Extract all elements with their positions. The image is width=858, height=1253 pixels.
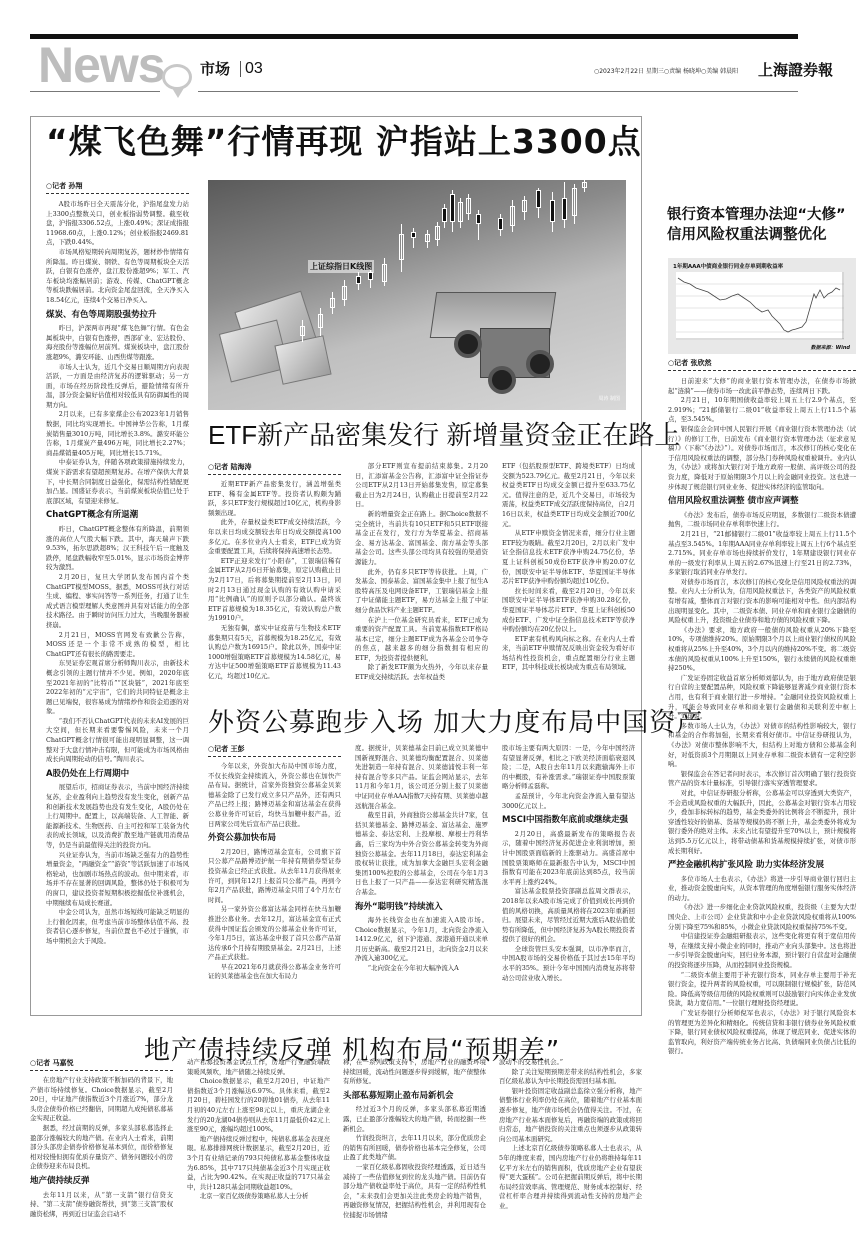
etf-column-2: 部分ETF则宣布提前结束募集。2月20日，汇添富基金公告称，汇添富中证全指证券公… — [355, 462, 488, 708]
paragraph: 股市场主要有两大原因：一是，今年中国经济有望显著反弹，相比之下欧美经济面临衰退风… — [502, 744, 635, 792]
section-separator — [240, 61, 241, 77]
etf-column-body: 近期ETF新产品密集发行，涵盖增强类ETF、稀有金属ETF等。投资者认购颇为踊跃… — [208, 480, 341, 710]
paragraph: 无独有偶，嘉实中证疫苗与生物技术ETF募集期只有5天，首募规模为18.25亿元，… — [208, 624, 341, 682]
paragraph: 除了新发ETF颇为火热外，今年以来存量ETF成交持续活跃。去年权益类 — [355, 663, 488, 682]
paragraph: 市场风格短期转向周期复苏，题材炒作情绪有所降温。昨日煤炭、钢铁、有色等周期板块全… — [46, 248, 189, 306]
section-label: 市场 — [200, 59, 230, 79]
paragraph: 海外长线资金也在加速流入A股市场。Choice数据显示，今年1月，北向资金净流入… — [355, 916, 488, 964]
paragraph: 昨日，ChatGPT概念整体有所降温，前期领涨的高位人气股大幅下跌。其中，海天瑞… — [46, 525, 189, 573]
chart-plot-area — [676, 272, 844, 340]
paragraph: 此外，仍有多只ETF等待获批。上周，广发基金、国泰基金、富国基金集中上报了恒生A… — [355, 568, 488, 616]
chart-title: 1年期AAA中债商业银行同业存单到期收益率 — [673, 262, 783, 270]
bank-story-column: ○记者 张欣然 日前迎来“大修”的商业银行资本管理办法，在债券市场掀起“涟漪”—… — [668, 358, 856, 1253]
etf-column-3: ETF（包括股票型ETF、跨境类ETF）日均成交额为523.79亿元。截至2月2… — [502, 462, 635, 708]
bank-headline[interactable]: 银行资本管理办法迎“大修” 信用风险权重法调整优化 — [667, 205, 846, 245]
paragraph: 竹润投资坦言，去年11月以来，部分优质房企的销售有所回暖，债券价格也基本完全修复… — [343, 1134, 486, 1163]
bank-story-body: 日前迎来“大修”的商业银行资本管理办法，在债券市场掀起“涟漪”——债券市场一改此… — [668, 377, 856, 1253]
header-bottom-rule-left — [30, 91, 160, 92]
etf-headline[interactable]: ETF新产品密集发行 新增量资金正在路上 — [208, 418, 680, 452]
paragraph: 度。据统计，贝莱德基金目前已成立贝莱德中国新视野混合、贝莱德均衡配置混合、贝莱德… — [355, 744, 488, 811]
header-bottom-rule-right — [198, 91, 798, 92]
paragraph: 《办法》发布后，债券市场反应明显，多数银行二级资本债遭抛售，二级市场同业存单利率… — [668, 511, 856, 530]
paragraph: 中泰证券认为，伴随各项政策措施持续发力，煤炭下游需求有望超预期复苏。在增产保供大… — [46, 458, 189, 506]
etf-byline: ○记者 陆海涛 — [208, 462, 341, 475]
column-divider — [641, 116, 642, 1016]
realestate-byline: ○记者 马嘉悦 — [30, 1058, 173, 1071]
paragraph: 动产私募投资基金试点工作，房地产行业融资端政策暖风频吹，地产债随之持续反弹。 — [187, 1058, 330, 1077]
paragraph: ETF素有机构风向标之称。在业内人士看来，当前ETF申赎情况反映出资金较为看好市… — [502, 635, 635, 673]
paragraph: Choice数据显示，截至2月20日，中证地产债指数近3个月涨幅达6.97%。具… — [187, 1077, 330, 1135]
paragraph: 孟磊预计，今年北向资金净流入量有望达3000亿元以上。 — [502, 792, 635, 811]
paragraph: 2月20日，高盛最新发布的策略报告表示，随着中国经济复苏促进企业利润增加，预计中… — [502, 830, 635, 888]
paragraph: 2月21日，MOSS官网发布致歉公告称，MOSS还是一个非常不成熟的模型，相比C… — [46, 631, 189, 660]
etf-column-1: ○记者 陆海涛 近期ETF新产品密集发行，涵盖增强类ETF、稀有金属ETF等。投… — [208, 462, 341, 710]
candlestick-overlay — [208, 180, 626, 410]
paragraph: 称，在一系列政策支持下，房地产行业的融资环境持续回暖，流动性问题逐步得到缓解，地… — [343, 1058, 486, 1087]
paragraph: 《办法》进一步细化企业贷款风险权重，投资级（主要为大型国央企、上市公司）企业贷款… — [668, 903, 856, 932]
paragraph: 市场人士认为，近几个交易日顺周期方向表现活跃，一方面是由经济复苏的逻辑驱动；另一… — [46, 363, 189, 411]
paragraph: 银保监会会同中国人民银行开展《商业银行资本管理办法（试行）》的修订工作，日前发布… — [668, 425, 856, 492]
dateline: ○2023年2月22日 星期三○责编 杨晓坤○美编 韩晨阳 — [594, 66, 738, 75]
bank-byline: ○记者 张欣然 — [668, 358, 856, 371]
foreign-column-body: 今年以来，外资加大布局中国市场力度，不仅长线资金持续流入，外资公募也在加快产品布… — [208, 762, 341, 1016]
paragraph: 中信建投证券金融组研报表示，这些变化将更有利于宽信用传导，在继续支持小微企业的同… — [668, 932, 856, 970]
realestate-column-body: 在房地产行业支持政策不断加码的背景下，地产债市场持续修复。Choice数据显示，… — [30, 1076, 173, 1253]
subheading: 地产债持续反弹 — [30, 1177, 173, 1187]
paragraph: 上述北京百亿级债券策略私募人士也表示，从5年的维度来看，国内房地产行业仍将维持每… — [499, 1144, 642, 1211]
paragraph: 富达基金股票投资部副总监周文群表示，2018年以来A股市场完成了价值到成长再到价… — [502, 887, 635, 945]
paragraph: 日前迎来“大修”的商业银行资本管理办法，在债券市场掀起“涟漪”——债券市场一改此… — [668, 377, 856, 396]
lead-byline: ○记者 孙翔 — [46, 181, 189, 194]
paragraph: 全球资管巨头安本强调，以市净率而言，中国A股市场的交易价格低于其过去15年平均水… — [502, 945, 635, 983]
paragraph: 中金公司认为，虽然市场短线可能缺乏明显的上行催化因素，但考虑当前市场整体估值不高… — [46, 908, 189, 946]
paragraph: 广发证券银行分析师倪军也表示，《办法》对于银行风险资本的管理更为差异化和精细化。… — [668, 1009, 856, 1057]
foreign-column-1: ○记者 王彭 今年以来，外资加大布局中国市场力度，不仅长线资金持续流入，外资公募… — [208, 744, 341, 1016]
paragraph: 2月21日，10年期国债收益率较上周五上行2.9个基点，至2.919%；“21邮… — [668, 396, 856, 425]
paragraph: 2月20日，路博迈基金宣布，公司旗下首只公募产品路博迈护航一年持有期债券型证券投… — [208, 848, 341, 906]
paragraph: 拉长时间来看，截至2月20日，今年以来国联安中证半导体ETF获净申购30.28亿… — [502, 587, 635, 635]
bank-headline-line2: 信用风险权重法调整优化 — [667, 225, 846, 245]
news-logo: News — [38, 40, 165, 90]
paragraph: 新的增量资金正在路上。据Choice数据不完全统计，当前共有10只ETF和5只E… — [355, 510, 488, 568]
realestate-column-2: 动产私募投资基金试点工作，房地产行业融资端政策暖风频吹，地产债随之持续反弹。 C… — [187, 1058, 330, 1238]
paragraph: 今年以来，外资加大布局中国市场力度，不仅长线资金持续流入，外资公募也在加快产品布… — [208, 762, 341, 829]
paragraph: 此外，存量权益类ETF成交持续活跃，今年以来日均成交额较去年日均成交额提高100… — [208, 518, 341, 556]
foreign-column-2: 度。据统计，贝莱德基金目前已成立贝莱德中国新视野混合、贝莱德均衡配置混合、贝莱德… — [355, 744, 488, 1012]
subheading: A股仍处在上行周期中 — [46, 770, 189, 780]
subheading: 外资公募加快布局 — [208, 834, 341, 844]
paragraph: 波动下的交易性机会。” — [499, 1058, 642, 1068]
paragraph: 广发证券固定收益首席分析师刘郁认为，由于地方政府债是银行自营的主要配置品种，风险… — [668, 674, 856, 722]
subheading: 严控金融机构扩张风险 助力实体经济发展 — [668, 861, 856, 871]
subheading: 煤炭、有色等周期股强势拉升 — [46, 311, 189, 321]
foreign-column-3: 股市场主要有两大原因：一是，今年中国经济有望显著反弹，相比之下欧美经济面临衰退风… — [502, 744, 635, 1012]
paragraph: 兴业证券认为，当前市场缺乏强有力的趋势性增量资金，“两融资金”“游资”等活跃加速… — [46, 851, 189, 909]
paragraph: 2月20日，复旦大学团队发布国内首个类ChatGPT模型MOSS。据悉，MOSS… — [46, 573, 189, 631]
paragraph: 多位市场人士也表示，《办法》将进一步引导商业银行回归主业，推动资金脱虚向实，从资… — [668, 875, 856, 904]
paragraph: “我们不否认ChatGPT代表的未来AI发展的巨大空间，但长期来看要警惕风险，未… — [46, 717, 189, 765]
lead-photo-illustration: 上证综指日K线图 周涛 制图 — [208, 180, 626, 410]
paragraph: 一家百亿级私募固收投资经理透露，近日适当减持了一些估值修复到位的龙头地产债。目前… — [343, 1163, 486, 1221]
photo-credit: 周涛 制图 — [598, 395, 620, 402]
paragraph: 另一家外资公募富达基金同样在快马加鞭推进公募业务。去年12月，富达基金宣布正式获… — [208, 905, 341, 963]
lead-headline[interactable]: “煤飞色舞”行情再现 沪指站上3300点 — [46, 120, 642, 164]
paragraph: 截至目前，外商独资公募基金共计7家，包括贝莱德基金、路博迈基金、富达基金、施罗德… — [355, 811, 488, 897]
paragraph: 展望后市，招商证券表示，当前中国经济持续复苏，企业盈利向上趋势没有发生变化，创新… — [46, 783, 189, 850]
paragraph: 早在2021年6月就获得公募基金业务许可证的贝莱德基金也在加大布局力 — [208, 963, 341, 982]
paragraph: 地产债持续反弹过程中，纯债私募基金表现亮眼。私募排排网统计数据显示，截至2月20… — [187, 1135, 330, 1193]
paragraph: 北京一家百亿级债券策略私募人士分析 — [187, 1192, 330, 1202]
paragraph: 2月以来，已有多家煤企公布2023年1月销售数据，同比均实现增长。中国神华公告称… — [46, 410, 189, 458]
subheading: MSCI中国指数年底前或继续走强 — [502, 816, 635, 826]
paragraph: 银保监会在答记者问时表示，本次修订首次明确了银行投资资管产品的资本计量标准，引导… — [668, 770, 856, 789]
bank-headline-line1: 银行资本管理办法迎“大修” — [667, 205, 846, 225]
lead-story-column: ○记者 孙翔 A股市场昨日全天震荡分化，沪指尾盘发力站上3300点整数关口，创业… — [46, 181, 189, 1028]
chart-source: 数据来源：Wind — [811, 344, 850, 351]
paragraph: ETF正迎来发行“小阳春”，工银瑞信稀有金属ETF从2月6日开始募集，原定认购截… — [208, 557, 341, 624]
paragraph: 对此，中信证券研报分析称，公募基金可以穿透到大类资产，不会造成风险权重的大幅跃升… — [668, 789, 856, 856]
realestate-column-1: ○记者 马嘉悦 在房地产行业支持政策不断加码的背景下，地产债市场持续修复。Cho… — [30, 1058, 173, 1253]
subheading: 信用风险权重法调整 债市应声调整 — [668, 497, 856, 507]
page-number: 03 — [245, 59, 263, 79]
subheading: 海外“聪明钱”持续流入 — [355, 903, 488, 913]
realestate-column-4: 波动下的交易性机会。” 除了关注短期预期差带来的结构性机会，多家百亿级私募认为中… — [499, 1058, 642, 1238]
photo-caption: 上证综指日K线图 — [308, 260, 374, 273]
paragraph: “二级资本债主要用于补充银行资本，同业存单主要用于补充银行资金，提升两者的风险权… — [668, 971, 856, 1009]
paragraph: 昨日，沪深两市再现“煤飞色舞”行情。有色金属板块中，白银有色涨停，西部矿业、宏达… — [46, 324, 189, 362]
paragraph: 多数市场人士认为，《办法》对债市的结构性影响较大，银行和基金的合作将加强，长期来… — [668, 722, 856, 770]
lead-story-body: A股市场昨日全天震荡分化，沪指尾盘发力站上3300点整数关口，创业板指弱势调整。… — [46, 200, 189, 1028]
foreign-headline[interactable]: 外资公募跑步入场 加大力度布局中国资产 — [208, 706, 703, 740]
paragraph: 银叶投资固定收益副总监徐立强分析称，地产债整体行业利率仍处在高位，随着地产行业基… — [499, 1087, 642, 1145]
paragraph: 2月21日，“21邮储银行二级01”收益率较上周五上行11.5个基点至3.545… — [668, 530, 856, 578]
paragraph: ETF（包括股票型ETF、跨境类ETF）日均成交额为523.79亿元。截至2月2… — [502, 462, 635, 529]
paragraph: 经过近3个月的反弹，多家头部私募近期透露，已止盈部分涨幅较大的地产债，转而挖掘一… — [343, 1105, 486, 1134]
speech-bubble-tail-icon — [172, 88, 184, 98]
paragraph: 据悉，经过前期的反弹，多家头部私募选择止盈部分涨幅较大的地产债。在业内人士看来，… — [30, 1124, 173, 1172]
subheading: ChatGPT概念有所退潮 — [46, 511, 189, 521]
paragraph: 近期ETF新产品密集发行，涵盖增强类ETF、稀有金属ETF等。投资者认购颇为踊跃… — [208, 480, 341, 518]
paragraph: 从ETF申赎资金情况来看，细分行业主题ETF较为吸睛。截至2月20日，2月以来广… — [502, 529, 635, 587]
paragraph: 对债券市场而言，本次修订的核心变化是信用风险权重法的调整。业内人士分析认为，信用… — [668, 578, 856, 626]
paragraph: 在房地产行业支持政策不断加码的背景下，地产债市场持续修复。Choice数据显示，… — [30, 1076, 173, 1124]
paragraph: 《办法》要求，地方政府一般债的风险权重从20%下降至10%，专项债维持20%。原… — [668, 626, 856, 674]
masthead: 上海證券報 — [758, 59, 833, 80]
paragraph: 除了关注短期预期差带来的结构性机会，多家百亿级私募认为中长期投资需回归基本面。 — [499, 1068, 642, 1087]
paragraph: 在沪上一位基金研究员看来，ETF已成为重要的资产配置工具。当前宽基指数ETF格局… — [355, 616, 488, 664]
paragraph: 东吴证券宏观首席分析师陶川表示，由新技术概念引领的主题行情并不少见。例如，202… — [46, 659, 189, 717]
foreign-byline: ○记者 王彭 — [208, 744, 341, 757]
paragraph: 部分ETF则宣布提前结束募集。2月20日，汇添富基金公告称，汇添富中证全指证券公… — [355, 462, 488, 510]
paragraph: “北向资金在今年初大幅净流入A — [355, 964, 488, 974]
yield-chart: 1年期AAA中债商业银行同业存单到期收益率 数据来源：Wind — [668, 258, 856, 354]
speech-bubble-icon — [162, 64, 192, 90]
realestate-column-3: 称，在一系列政策支持下，房地产行业的融资环境持续回暖，流动性问题逐步得到缓解，地… — [343, 1058, 486, 1238]
yield-line-chart — [676, 272, 844, 340]
paragraph: A股市场昨日全天震荡分化，沪指尾盘发力站上3300点整数关口，创业板指弱势调整。… — [46, 200, 189, 248]
paragraph: 去年11月以来，从“第一支箭”银行信贷支持、“第二支箭”债券融资帮扶，到“第三支… — [30, 1191, 173, 1220]
subheading: 头部私募短期止盈布局新机会 — [343, 1092, 486, 1102]
